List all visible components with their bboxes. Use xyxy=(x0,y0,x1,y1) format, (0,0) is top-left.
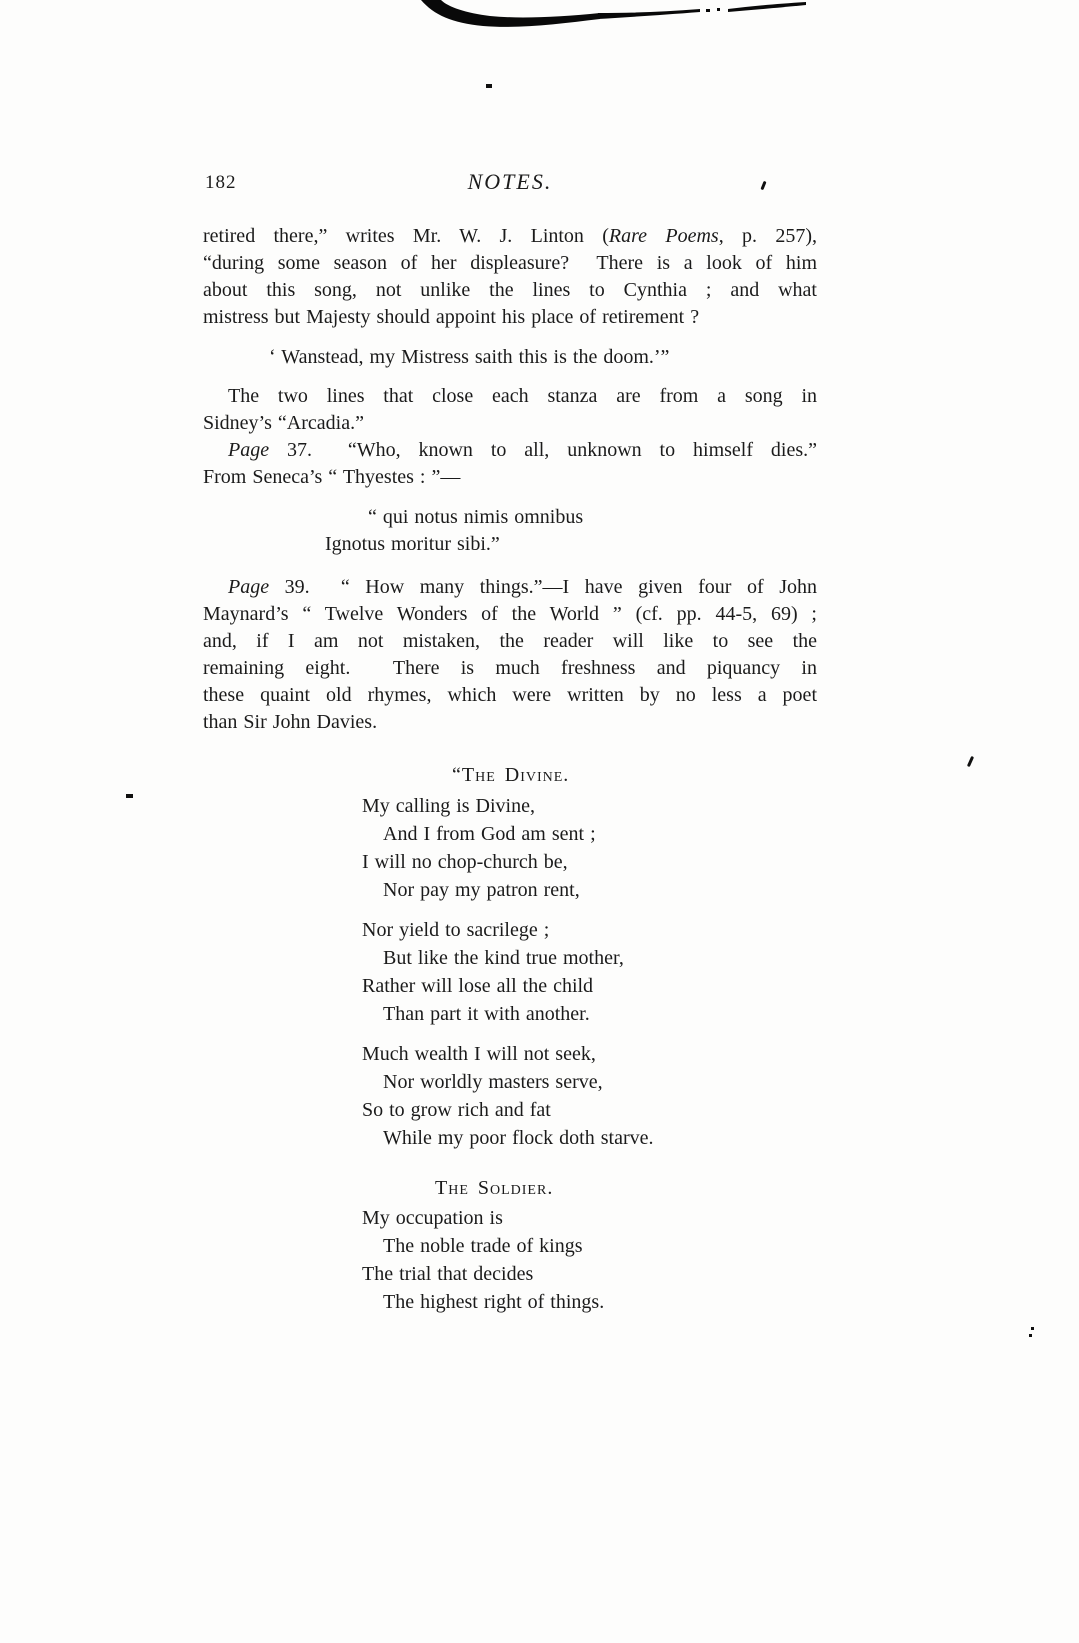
paragraph-line: From Seneca’s “ Thyestes : ”— xyxy=(203,464,817,491)
italic-page-ref: Page xyxy=(228,576,269,598)
italic-book-title: Rare Poems xyxy=(609,225,719,247)
verse-line: My occupation is xyxy=(362,1204,817,1232)
verse-line: Than part it with another. xyxy=(362,1000,817,1028)
line-text: retired there,” writes Mr. W. J. Linton … xyxy=(203,225,609,247)
verse-line: I will no chop-church be, xyxy=(362,848,817,876)
paragraph-line: Page 37. “Who, known to all, unknown to … xyxy=(203,437,817,464)
ink-speck xyxy=(126,794,133,798)
running-title: NOTES. xyxy=(203,169,817,195)
verse-line: While my poor flock doth starve. xyxy=(362,1124,817,1152)
verse-line: Nor worldly masters serve, xyxy=(362,1068,817,1096)
verse-line: The noble trade of kings xyxy=(362,1232,817,1260)
poem-heading-divine: “The Divine. xyxy=(452,764,817,786)
line-text: , p. 257), xyxy=(719,225,817,247)
quote-line: ‘ Wanstead, my Mistress saith this is th… xyxy=(269,344,817,371)
paragraph-line: than Sir John Davies. xyxy=(203,709,817,736)
verse-line: And I from God am sent ; xyxy=(362,820,817,848)
latin-line: “ qui notus nimis omnibus xyxy=(203,504,817,531)
paragraph-line: Maynard’s “ Twelve Wonders of the World … xyxy=(203,601,817,628)
verse-line: The trial that decides xyxy=(362,1260,817,1288)
page39-note: Page 39. “ How many things.”—I have give… xyxy=(203,574,817,736)
paragraph-line: remaining eight. There is much freshness… xyxy=(203,655,817,682)
paragraph-line: about this song, not unlike the lines to… xyxy=(203,277,817,304)
poem-stanza: My calling is Divine, And I from God am … xyxy=(362,792,817,904)
poem-stanza: Nor yield to sacrilege ; But like the ki… xyxy=(362,916,817,1028)
arcadia-paragraph: The two lines that close each stanza are… xyxy=(203,383,817,437)
poem-stanza: Much wealth I will not seek, Nor worldly… xyxy=(362,1040,817,1152)
latin-quote-block: “ qui notus nimis omnibus Ignotus moritu… xyxy=(203,504,817,558)
intro-paragraph: retired there,” writes Mr. W. J. Linton … xyxy=(203,223,817,331)
line-text: 39. “ How many things.”—I have given fou… xyxy=(269,576,817,598)
paragraph-line: retired there,” writes Mr. W. J. Linton … xyxy=(203,223,817,250)
book-page: 182 NOTES. retired there,” writes Mr. W.… xyxy=(0,0,1079,1643)
paragraph-line: The two lines that close each stanza are… xyxy=(203,383,817,410)
verse-line: So to grow rich and fat xyxy=(362,1096,817,1124)
page-header: 182 NOTES. xyxy=(203,169,817,196)
verse-line: But like the kind true mother, xyxy=(362,944,817,972)
verse-line: My calling is Divine, xyxy=(362,792,817,820)
poem-heading-soldier: The Soldier. xyxy=(435,1177,817,1199)
line-text: 37. “Who, known to all, unknown to himse… xyxy=(269,439,817,461)
latin-line: Ignotus moritur sibi.” xyxy=(203,531,817,558)
text-column: 182 NOTES. retired there,” writes Mr. W.… xyxy=(203,0,817,1316)
paragraph-line: Sidney’s “Arcadia.” xyxy=(203,410,817,437)
paragraph-line: “during some season of her displeasure? … xyxy=(203,250,817,277)
poem-stanza: My occupation is The noble trade of king… xyxy=(362,1204,817,1316)
verse-line: Nor pay my patron rent, xyxy=(362,876,817,904)
ink-speck xyxy=(1031,1327,1034,1330)
paragraph-line: and, if I am not mistaken, the reader wi… xyxy=(203,628,817,655)
paragraph-line: these quaint old rhymes, which were writ… xyxy=(203,682,817,709)
verse-line: Rather will lose all the child xyxy=(362,972,817,1000)
page37-note: Page 37. “Who, known to all, unknown to … xyxy=(203,437,817,491)
ink-speck xyxy=(967,756,974,767)
paragraph-line: mistress but Majesty should appoint his … xyxy=(203,304,817,331)
verse-line: Much wealth I will not seek, xyxy=(362,1040,817,1068)
paragraph-line: Page 39. “ How many things.”—I have give… xyxy=(203,574,817,601)
verse-line: The highest right of things. xyxy=(362,1288,817,1316)
italic-page-ref: Page xyxy=(228,439,269,461)
verse-line: Nor yield to sacrilege ; xyxy=(362,916,817,944)
wanstead-quote-block: ‘ Wanstead, my Mistress saith this is th… xyxy=(203,344,817,371)
ink-speck xyxy=(1029,1334,1032,1337)
